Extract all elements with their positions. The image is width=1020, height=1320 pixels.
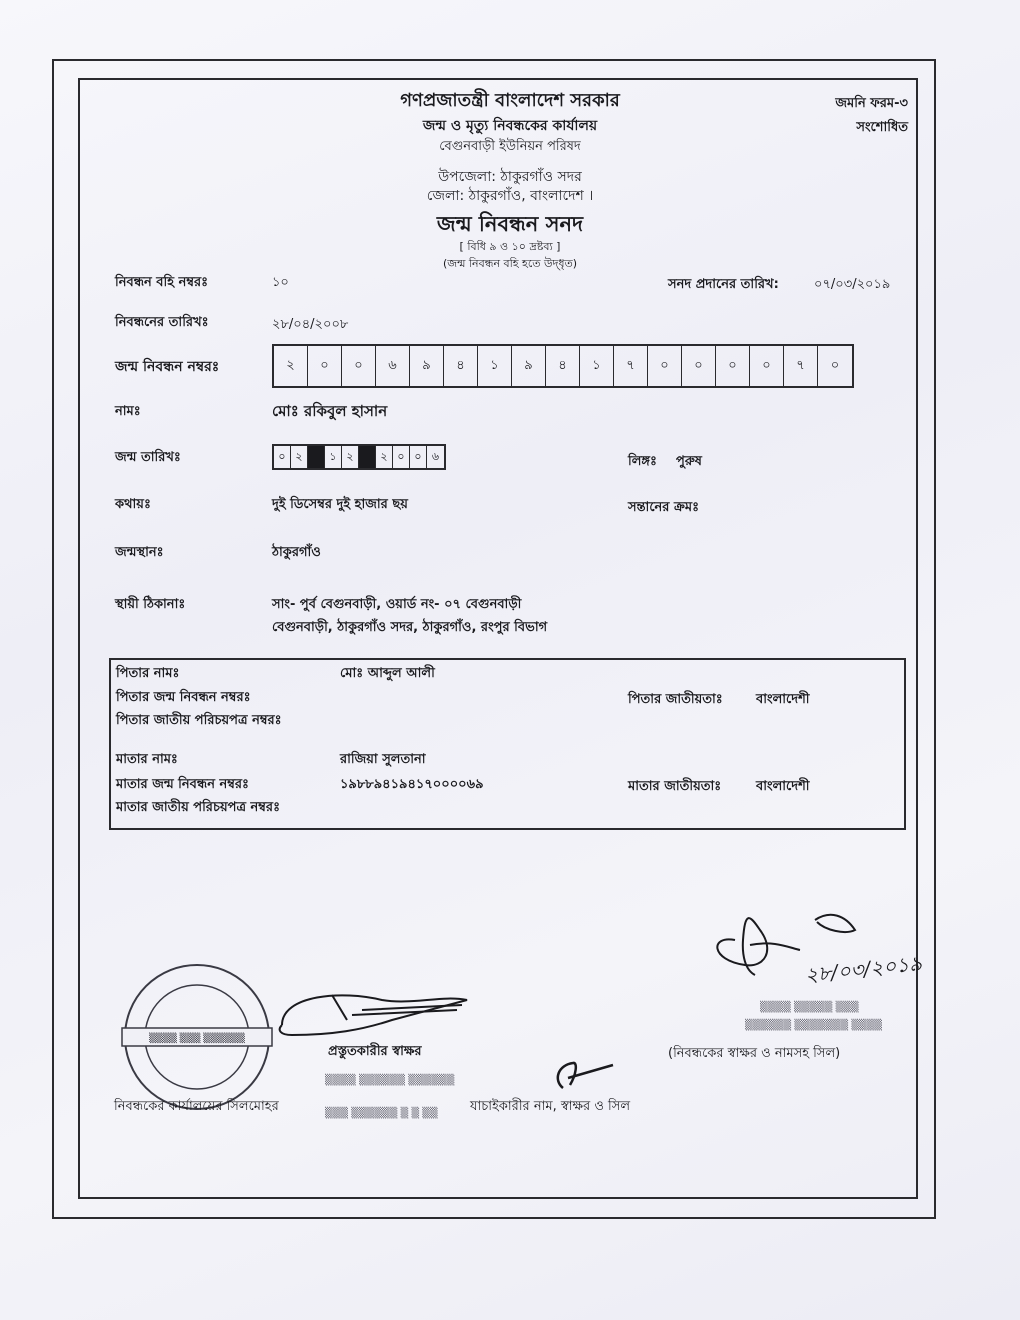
reg-no-label: জন্ম নিবন্ধন নম্বরঃ bbox=[115, 355, 219, 379]
verifier-caption: যাচাইকারীর নাম, স্বাক্ষর ও সিল bbox=[470, 1097, 630, 1118]
name-value: মোঃ রকিবুল হাসান bbox=[272, 400, 387, 425]
dob-digit: ২ bbox=[291, 446, 308, 468]
mother-nid-label: মাতার জাতীয় পরিচয়পত্র নম্বরঃ bbox=[116, 798, 280, 819]
preparer-signature-icon bbox=[272, 985, 472, 1045]
reg-no-digit: ০ bbox=[308, 346, 342, 386]
dob-digit: ০ bbox=[274, 446, 291, 468]
mother-nationality-label: মাতার জাতীয়তাঃ bbox=[628, 777, 721, 798]
reg-no-digit: ০ bbox=[818, 346, 852, 386]
svg-text:▒▒▒▒ ▒▒▒ ▒▒▒▒▒▒: ▒▒▒▒ ▒▒▒ ▒▒▒▒▒▒ bbox=[149, 1032, 245, 1044]
registrar-seal-text-2: ▒▒▒▒▒▒ ▒▒▒▒▒▒▒ ▒▒▒▒ bbox=[745, 1020, 882, 1031]
dob-digit: ০ bbox=[410, 446, 427, 468]
reg-no-digit: ০ bbox=[716, 346, 750, 386]
dob-digit: ১ bbox=[325, 446, 342, 468]
reg-no-digit: ২ bbox=[274, 346, 308, 386]
reg-date-value: ২৮/০৪/২০০৮ bbox=[272, 315, 348, 336]
issue-date-value: ০৭/০৩/২০১৯ bbox=[814, 275, 890, 296]
preparer-seal-text: ▒▒▒▒ ▒▒▒▒▒▒ ▒▒▒▒▒▒ bbox=[325, 1075, 454, 1086]
reg-no-digit: ০ bbox=[682, 346, 716, 386]
book-no-label: নিবন্ধন বহি নম্বরঃ bbox=[115, 273, 208, 294]
mother-name-value: রাজিয়া সুলতানা bbox=[340, 750, 426, 771]
gender-value: পুরুষ bbox=[676, 452, 702, 473]
source-note: (জন্ম নিবন্ধন বহি হতে উদ্‌ধৃত) bbox=[0, 255, 1020, 274]
address-line1: সাং- পুর্ব বেগুনবাড়ী, ওয়ার্ড নং- ০৭ বে… bbox=[272, 595, 521, 616]
reg-no-digit: ৪ bbox=[546, 346, 580, 386]
form-code-block: জমনি ফরম-৩ সংশোধিত bbox=[835, 92, 908, 140]
verifier-signature-icon bbox=[548, 1060, 618, 1090]
mother-nationality-value: বাংলাদেশী bbox=[756, 777, 810, 798]
book-no-value: ১০ bbox=[272, 273, 289, 294]
reg-no-digit: ৯ bbox=[410, 346, 444, 386]
reg-no-digit: ০ bbox=[342, 346, 376, 386]
union-heading: বেগুনবাড়ী ইউনিয়ন পরিষদ bbox=[0, 137, 1020, 158]
father-name-label: পিতার নামঃ bbox=[116, 664, 179, 685]
district-heading: জেলা: ঠাকুরগাঁও, বাংলাদেশ । bbox=[0, 184, 1020, 208]
name-label: নামঃ bbox=[115, 402, 141, 423]
reg-no-grid: ২০০৬৯৪১৯৪১৭০০০০৭০ bbox=[272, 344, 854, 388]
dob-words-label: কথায়ঃ bbox=[115, 495, 151, 516]
preparer-signature-caption: প্রস্তুতকারীর স্বাক্ষর bbox=[328, 1042, 422, 1063]
reg-no-digit: ০ bbox=[648, 346, 682, 386]
father-name-value: মোঃ আব্দুল আলী bbox=[340, 664, 435, 685]
reg-no-digit: ০ bbox=[750, 346, 784, 386]
reg-no-digit: ১ bbox=[478, 346, 512, 386]
father-nationality-value: বাংলাদেশী bbox=[756, 690, 810, 711]
address-label: স্থায়ী ঠিকানাঃ bbox=[115, 595, 185, 616]
father-reg-label: পিতার জন্ম নিবন্ধন নম্বরঃ bbox=[116, 688, 251, 709]
reg-no-digit: ৭ bbox=[784, 346, 818, 386]
office-seal-icon: ▒▒▒▒ ▒▒▒ ▒▒▒▒▒▒ bbox=[118, 962, 276, 1112]
reg-no-digit: ৭ bbox=[614, 346, 648, 386]
form-status: সংশোধিত bbox=[835, 116, 908, 140]
dob-words-value: দুই ডিসেম্বর দুই হাজার ছয় bbox=[272, 495, 408, 516]
dob-digit: ২ bbox=[342, 446, 359, 468]
father-nid-label: পিতার জাতীয় পরিচয়পত্র নম্বরঃ bbox=[116, 711, 282, 732]
reg-no-digit: ১ bbox=[580, 346, 614, 386]
reg-date-label: নিবন্ধনের তারিখঃ bbox=[115, 313, 209, 334]
dob-label: জন্ম তারিখঃ bbox=[115, 448, 181, 469]
birthplace-label: জন্মস্থানঃ bbox=[115, 543, 164, 564]
registrar-seal-text: ▒▒▒▒ ▒▒▒▒▒ ▒▒▒ bbox=[760, 1002, 859, 1013]
office-seal-caption: নিবন্ধকের কার্যালয়ের সিলমোহর bbox=[114, 1097, 279, 1118]
reg-no-digit: ৪ bbox=[444, 346, 478, 386]
dob-digit: ২ bbox=[376, 446, 393, 468]
dob-digit: ০ bbox=[393, 446, 410, 468]
reg-no-digit: ৬ bbox=[376, 346, 410, 386]
dob-separator bbox=[308, 446, 325, 468]
reg-no-digit: ৯ bbox=[512, 346, 546, 386]
mother-name-label: মাতার নামঃ bbox=[116, 750, 178, 771]
mother-reg-label: মাতার জন্ম নিবন্ধন নম্বরঃ bbox=[116, 775, 249, 796]
dob-digit: ৬ bbox=[427, 446, 444, 468]
issue-date-label: সনদ প্রদানের তারিখ: bbox=[668, 275, 779, 296]
child-order-label: সন্তানের ক্রমঃ bbox=[628, 498, 699, 519]
birthplace-value: ঠাকুরগাঁও bbox=[272, 543, 321, 564]
mother-reg-value: ১৯৮৮৯৪১৯৪১৭০০০০৬৯ bbox=[340, 775, 484, 796]
gender-label: লিঙ্গঃ bbox=[628, 452, 657, 473]
form-code: জমনি ফরম-৩ bbox=[835, 92, 908, 116]
dob-grid: ০২১২২০০৬ bbox=[272, 444, 446, 470]
dob-separator bbox=[359, 446, 376, 468]
address-line2: বেগুনবাড়ী, ঠাকুরগাঁও সদর, ঠাকুরগাঁও, রং… bbox=[272, 618, 547, 639]
father-nationality-label: পিতার জাতীয়তাঃ bbox=[628, 690, 723, 711]
registrar-signature-caption: (নিবন্ধকের স্বাক্ষর ও নামসহ সিল) bbox=[668, 1044, 840, 1065]
preparer-seal-text-2: ▒▒▒ ▒▒▒▒▒▒ ▒ ▒ ▒▒ bbox=[325, 1108, 438, 1119]
